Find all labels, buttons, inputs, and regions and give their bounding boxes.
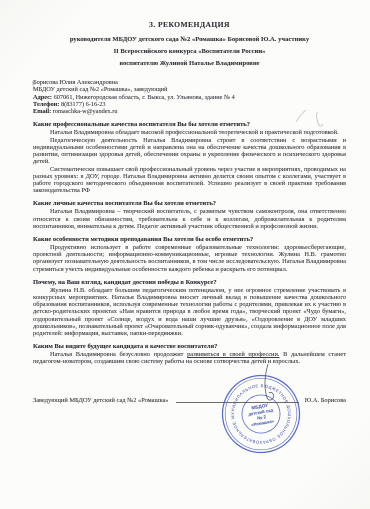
signer-name: Ю.А. Борисова [303, 397, 346, 404]
phone-value: 8(83177) 6-16-23 [59, 101, 105, 108]
paragraph: Систематически повышает свой профессиона… [33, 166, 346, 195]
paragraph: Наталья Владимировна – творческий воспит… [33, 208, 346, 230]
section-professional-qualities: Какие профессиональные качества воспитат… [33, 121, 346, 194]
address-value: 607061, Нижегородская область, г. Выкса,… [52, 94, 235, 101]
signer-position: Заведующий МБДОУ детский сад №2 «Ромашка… [33, 397, 174, 404]
paragraph: Наталья Владимировна обладает высокой пр… [33, 129, 346, 136]
section-why-deserves-win: Почему, на Ваш взгляд, кандидат достоин … [33, 279, 346, 337]
question-heading: Какие особенности методики преподавания … [33, 236, 346, 244]
contact-organization: МБДОУ детский сад №2 «Ромашка», заведующ… [33, 86, 346, 93]
document-page: 3. РЕКОМЕНДАЦИЯ руководителя МБДОУ детск… [0, 0, 370, 509]
phone-label: Телефон: [33, 101, 59, 108]
paragraph: Продуктивно использует в работе современ… [33, 244, 346, 273]
email-label: Email: [33, 108, 51, 115]
question-heading: Почему, на Ваш взгляд, кандидат достоин … [33, 279, 346, 287]
contact-address: Адрес: 607061, Нижегородская область, г.… [33, 94, 346, 101]
document-subtitle-teacher: воспитателю Жулиной Наталье Владимировне [33, 58, 346, 70]
document-subtitle-recipient: руководителя МБДОУ детского сада №2 «Ром… [33, 34, 346, 46]
section-personal-qualities: Какие личные качества воспитателя Вы бы … [33, 200, 346, 230]
pencil-mark [29, 79, 41, 91]
address-label: Адрес: [33, 94, 52, 101]
pencil-mark [290, 108, 328, 130]
document-content: 3. РЕКОМЕНДАЦИЯ руководителя МБДОУ детск… [33, 20, 346, 366]
question-heading: Каким Вы видите будущее кандидата в каче… [33, 343, 346, 351]
email-value: romaschka-w@yandex.ru [51, 108, 117, 115]
handwritten-signature [238, 360, 302, 408]
section-teaching-methods: Какие особенности методики преподавания … [33, 236, 346, 273]
document-subtitle-contest: II Всероссийского конкурса «Воспитатели … [33, 46, 346, 58]
document-title: 3. РЕКОМЕНДАЦИЯ [33, 20, 346, 29]
svg-text:«Ромашка»: «Ромашка» [251, 418, 275, 427]
paragraph: Жулина Н.В. обладает большим педагогичес… [33, 287, 346, 337]
paragraph: Педагогическую деятельность Наталья Влад… [33, 137, 346, 166]
